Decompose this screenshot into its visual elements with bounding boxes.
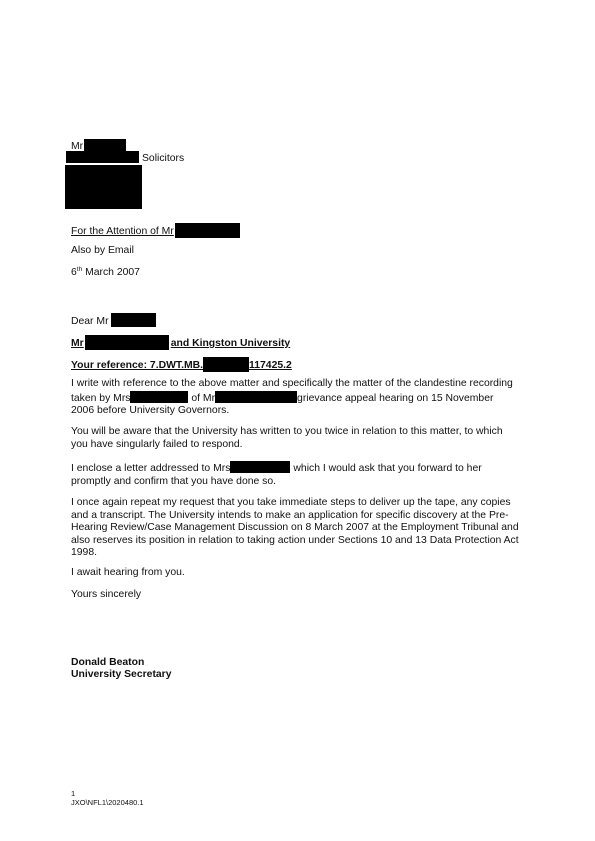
attention-line: For the Attention of Mr <box>71 223 240 239</box>
text-span: of Mr <box>191 393 215 404</box>
redaction-box <box>203 357 249 372</box>
text-span: which I would ask that you forward to he… <box>293 463 481 474</box>
signatory-name: Donald Beaton <box>71 657 144 670</box>
reference-prefix: Your reference: 7.DWT.MB. <box>71 360 203 371</box>
body-paragraph-4: I once again repeat my request that you … <box>71 497 541 560</box>
text-line: I once again repeat my request that you … <box>71 497 541 510</box>
text-line: promptly and confirm that you have done … <box>71 476 541 489</box>
document-reference: JXO\NFL1\2020480.1 <box>71 798 144 807</box>
salutation-text: Dear Mr <box>71 316 109 327</box>
text-span: taken by Mrs <box>71 393 130 404</box>
body-paragraph-2: You will be aware that the University ha… <box>71 426 541 451</box>
attention-text: For the Attention of Mr <box>71 226 174 237</box>
reference-suffix: 117425.2 <box>249 360 292 371</box>
body-paragraph-3: I enclose a letter addressed to Mrswhich… <box>71 461 541 488</box>
letter-date: 6th March 2007 <box>71 267 140 280</box>
text-line: I write with reference to the above matt… <box>71 378 541 391</box>
also-by-email: Also by Email <box>71 245 134 258</box>
subject-prefix: Mr <box>71 338 84 349</box>
text-line: I enclose a letter addressed to Mrswhich… <box>71 461 541 476</box>
text-span: grievance appeal hearing on 15 November <box>297 393 493 404</box>
redacted-address-block <box>65 165 142 209</box>
closing: Yours sincerely <box>71 589 141 602</box>
redaction-box <box>111 313 156 327</box>
redaction-box <box>215 391 297 403</box>
reference-line: Your reference: 7.DWT.MB.117425.2 <box>71 357 292 373</box>
text-line: 1998. <box>71 547 541 560</box>
text-span: I enclose a letter addressed to Mrs <box>71 463 230 474</box>
redaction-box <box>175 223 240 238</box>
body-paragraph-1: I write with reference to the above matt… <box>71 378 541 418</box>
page-number: 1 <box>71 789 75 798</box>
text-line: you have singularly failed to respond. <box>71 439 541 452</box>
subject-suffix: and Kingston University <box>171 338 291 349</box>
signatory-title: University Secretary <box>71 669 172 682</box>
body-paragraph-5: I await hearing from you. <box>71 567 185 580</box>
text-line: also reserves its position in relation t… <box>71 535 541 548</box>
date-suffix: th <box>77 266 82 273</box>
redaction-box <box>230 461 290 473</box>
redaction-box <box>84 139 126 151</box>
redaction-box <box>85 335 169 350</box>
redaction-box <box>130 391 188 403</box>
text-line: You will be aware that the University ha… <box>71 426 541 439</box>
date-rest: March 2007 <box>85 267 140 278</box>
recipient-firm-line: Solicitors <box>66 151 184 166</box>
text-line: 2006 before University Governors. <box>71 405 541 418</box>
redaction-box <box>66 151 139 163</box>
firm-suffix: Solicitors <box>142 153 184 164</box>
text-line: and a transcript. The University intends… <box>71 510 541 523</box>
subject-line: Mrand Kingston University <box>71 335 290 351</box>
text-line: Hearing Review/Case Management Discussio… <box>71 522 541 535</box>
salutation: Dear Mr <box>71 313 156 329</box>
text-line: taken by Mrs of Mrgrievance appeal heari… <box>71 391 541 406</box>
